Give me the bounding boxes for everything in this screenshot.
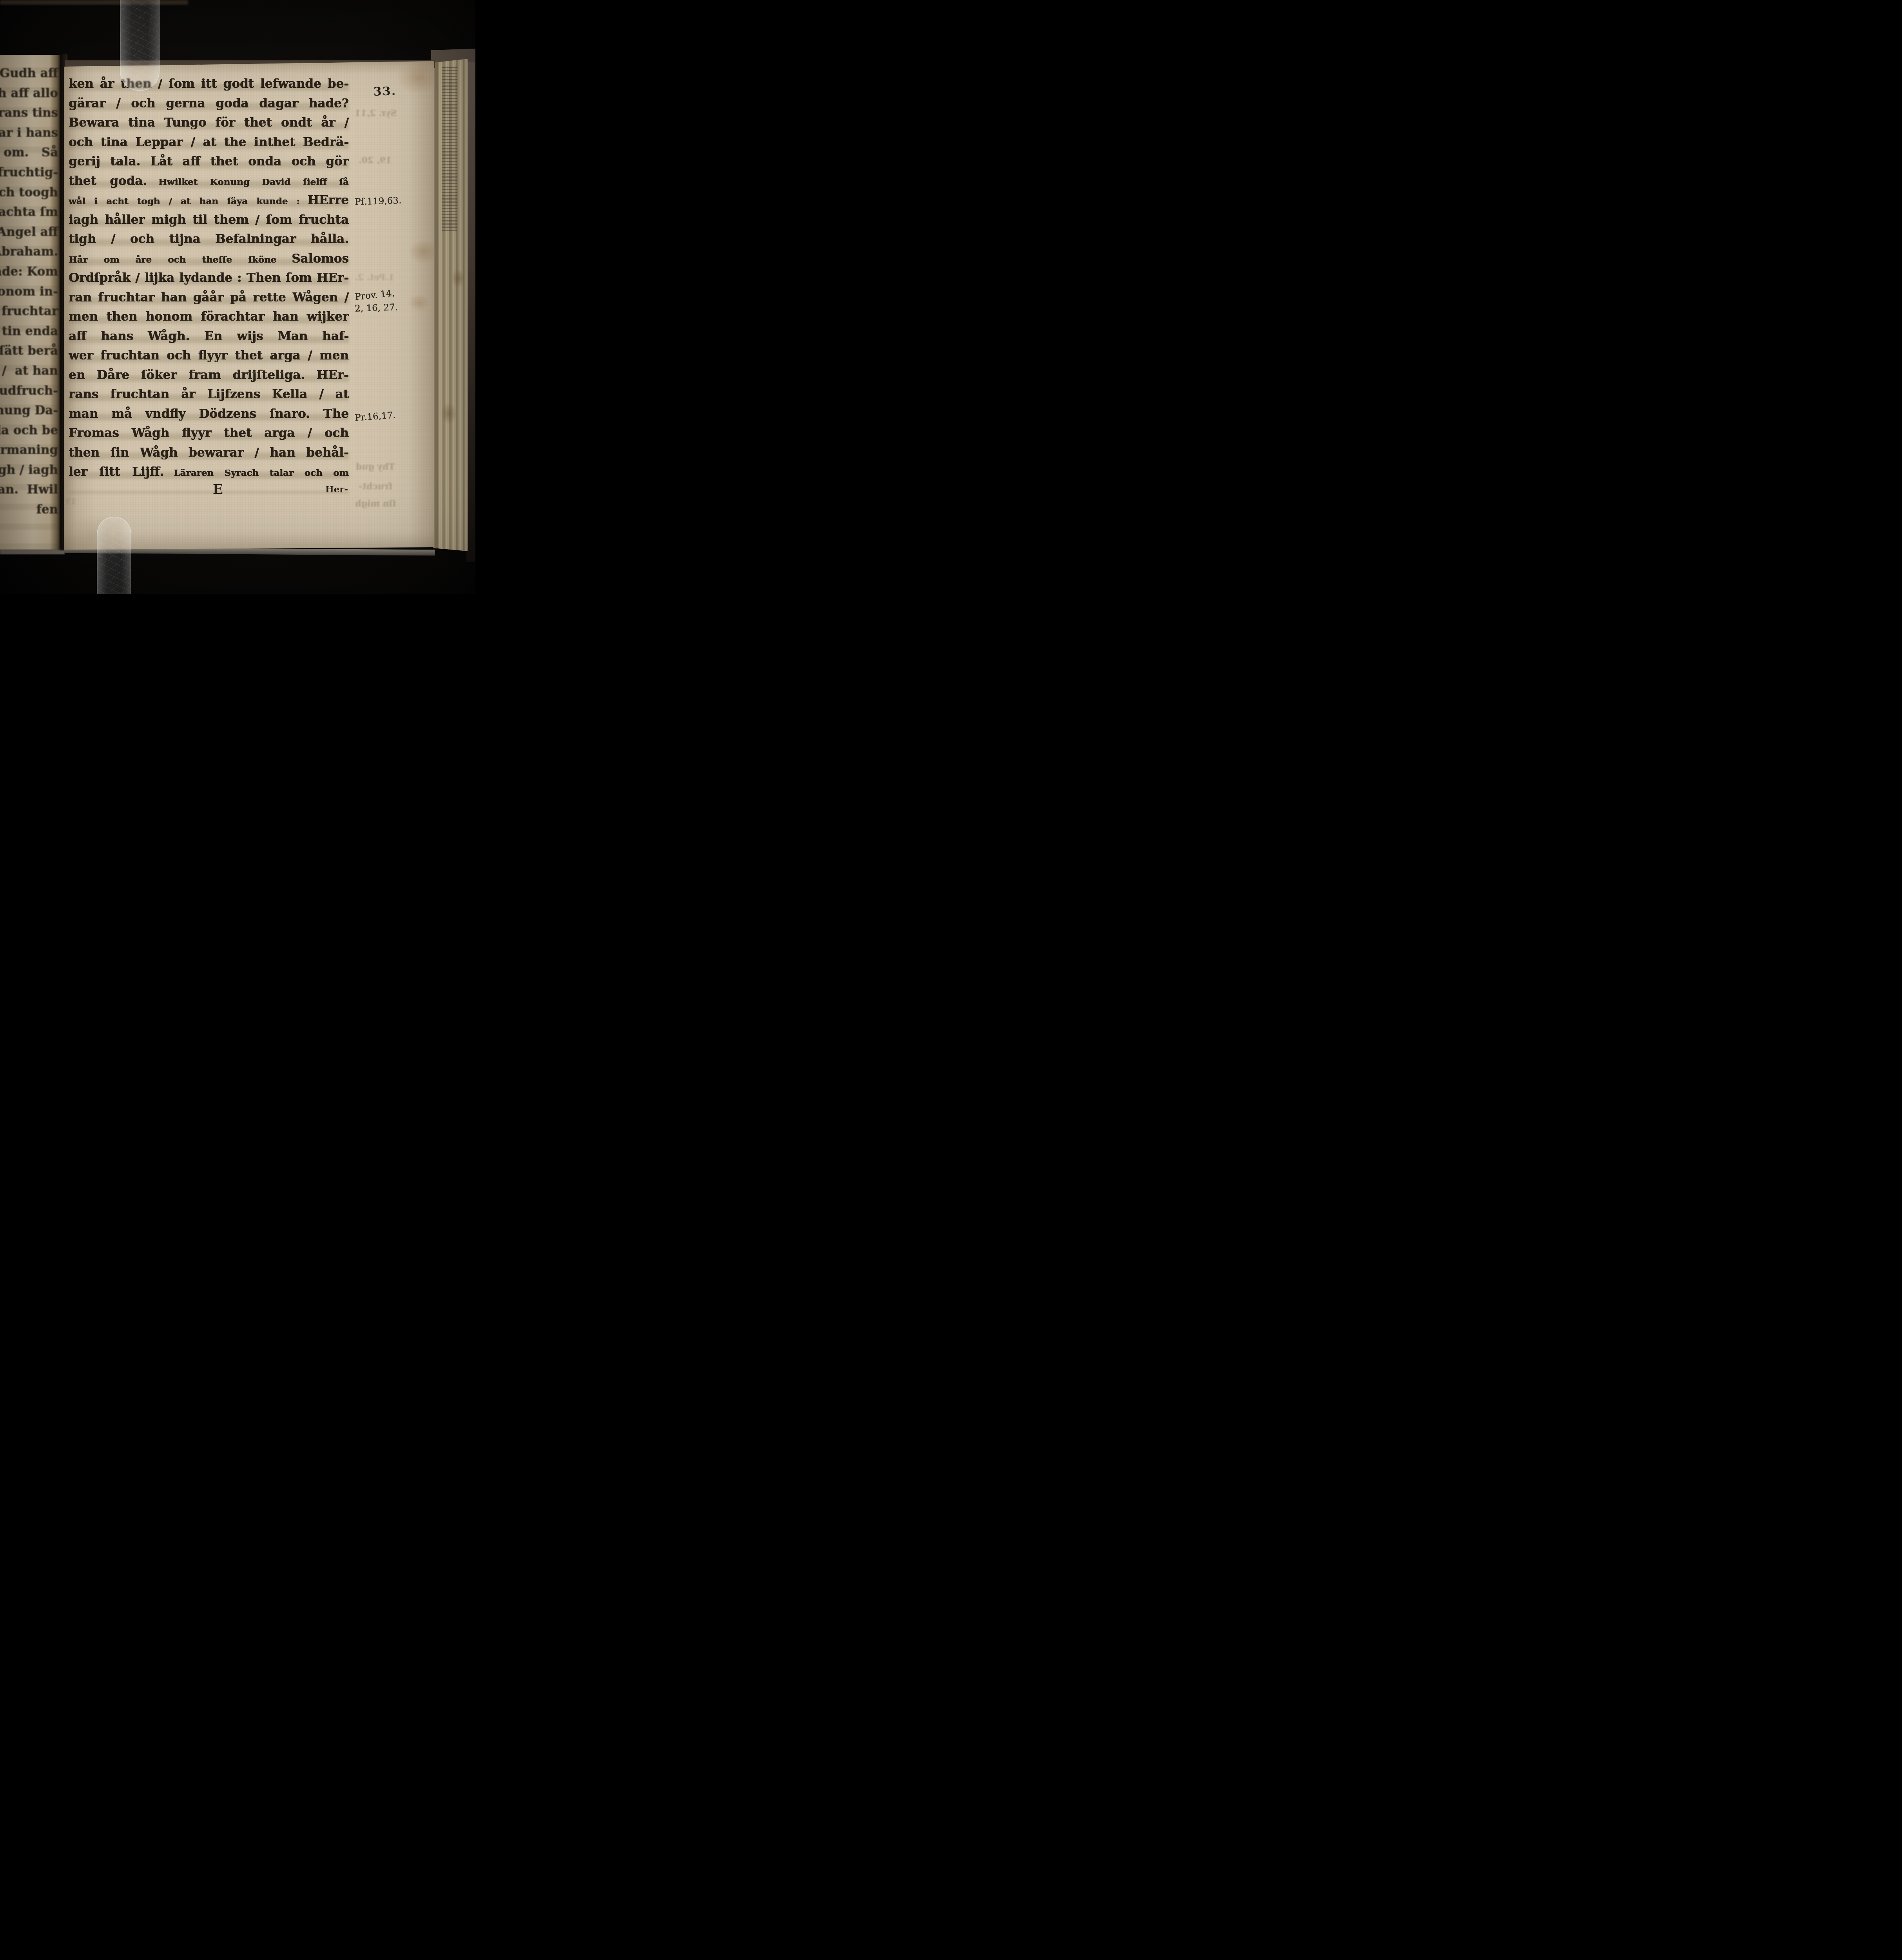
book-board-top-edge	[0, 0, 188, 5]
text-line: iagh håller migh til them / ſom fruchta	[69, 211, 349, 230]
signature-mark: E	[213, 482, 223, 497]
cradle-strap-top	[120, 0, 160, 91]
left-page-text-line: rrans Angel aff	[0, 222, 58, 242]
left-page: n Gudh affoch aff alloErrans tinsdrar i …	[0, 55, 60, 550]
left-page-text-line: ſålunda och be	[0, 421, 58, 441]
left-page-text-line: drar i hans	[0, 123, 58, 143]
left-page-text-line: htan. Hwil	[0, 480, 58, 500]
left-page-text-line: nat tin enda	[0, 321, 58, 341]
table-edge-band	[0, 550, 65, 554]
left-page-text-line: at tu fruchtar	[0, 301, 58, 321]
left-page-text-line: n / Abraham.	[0, 242, 58, 262]
text-line: then ſin Wågh bewarar / han behål-	[69, 443, 349, 463]
bleedthrough-text: ſin migh	[348, 499, 403, 509]
text-line: tigh / och tijna Befalningar hålla.	[69, 230, 349, 249]
left-page-text-line: ga Förmaning	[0, 440, 58, 460]
bleedthrough-text: frucht-	[348, 481, 403, 492]
text-line: wål i acht togh / at han ſäya kunde : HE…	[69, 191, 349, 211]
left-page-text-line: Han ſade: Kom	[0, 262, 58, 282]
bleedthrough-text: 19, 20.	[359, 155, 392, 165]
text-line: gärar / och gerna goda dagar hade?	[69, 94, 349, 114]
signature-row: E Her-	[69, 482, 349, 501]
cradle-strap-bottom	[97, 517, 131, 594]
left-page-text-line: amma ſätt berå	[0, 341, 58, 361]
right-page: 33. Syr. 2,11 19, 20. 1.Pet. 2. Pſ.119,6…	[64, 61, 434, 550]
text-line: en Dåre ſöker fram drijſteliga. HEr-	[69, 366, 349, 385]
fore-edge-ink-speckle	[442, 67, 457, 231]
left-page-text-line: h gör honom in-	[0, 282, 58, 302]
left-page-text-line: et / at han	[0, 361, 58, 381]
text-line: wer fruchtan och flyyr thet arga / men	[69, 346, 349, 366]
book-cover-edge	[466, 50, 475, 562]
page-stack-fore-edge	[433, 59, 468, 551]
text-line: thet goda. Hwilket Konung David ſielff ſ…	[69, 172, 349, 191]
left-page-text-line: Errans tins	[0, 103, 58, 123]
bleedthrough-text: 19	[65, 497, 76, 506]
bleedthrough-text: Thy gud	[348, 462, 403, 472]
left-page-text-line: e ſlachta ſm	[0, 202, 58, 222]
text-line: Bewara tina Tungo för thet ondt år /	[69, 113, 349, 133]
left-page-text-line: n Gudh aff	[0, 64, 58, 83]
bleedthrough-text: Syr. 2,11	[355, 108, 397, 118]
catchword: Her-	[325, 484, 348, 495]
left-page-text-line: r migh / iagh	[0, 460, 58, 480]
left-page-text-column: n Gudh affoch aff alloErrans tinsdrar i …	[0, 64, 58, 520]
text-line: ran fruchtar han gåår på rette Wågen /	[69, 288, 349, 308]
text-line: men then honom förachtar han wijker	[69, 307, 349, 327]
text-line: Fromas Wågh flyyr thet arga / och	[69, 424, 349, 443]
left-page-text-line: fen	[36, 500, 58, 520]
left-page-text-line: nd / och toogh	[0, 183, 58, 203]
text-line: rans fruchtan år Lijfzens Kella / at	[69, 385, 349, 405]
text-line: aff hans Wågh. En wijs Man haf-	[69, 327, 349, 347]
text-line: gerij tala. Låt aff thet onda och gör	[69, 152, 349, 172]
text-line: Hår om åre och theſſe ſköne Salomos	[69, 249, 349, 269]
text-line: ken år then / ſom itt godt lefwande be-	[69, 74, 349, 94]
text-line: Ordſpråk / lijka lydande : Then ſom HEr-	[69, 269, 349, 288]
main-text-block: ken år then / ſom itt godt lefwande be- …	[69, 74, 349, 482]
left-page-text-line: om. Så	[4, 143, 58, 163]
page-number: 33.	[373, 84, 396, 99]
left-page-text-line: och aff allo	[0, 83, 58, 103]
left-page-text-line: Gudfruch-	[0, 381, 58, 401]
left-page-text-line: Konung Da-	[0, 401, 58, 421]
book-scan: n Gudh affoch aff alloErrans tinsdrar i …	[0, 0, 475, 594]
text-line: ler ſitt Lijff. Läraren Syrach talar och…	[69, 463, 349, 482]
left-page-text-line: gudfruchtig-	[0, 163, 58, 183]
text-line: man må vndfly Dödzens ſnaro. The	[69, 405, 349, 424]
bleedthrough-text: 1.Pet. 2.	[355, 272, 394, 283]
text-line: och tina Leppar / at the inthet Bedrä-	[69, 133, 349, 152]
